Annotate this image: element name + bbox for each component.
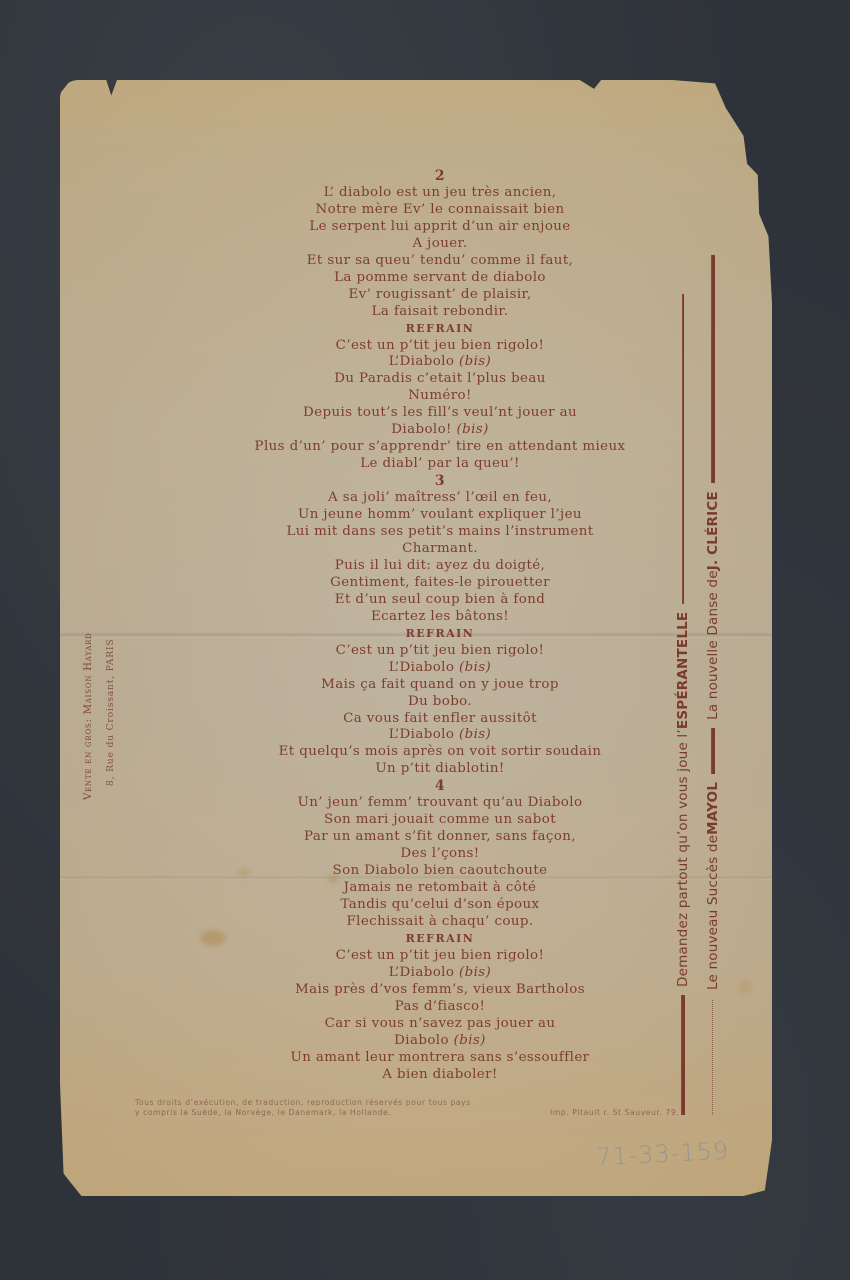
publisher-name: Vente en gros: Maison Hayard [78,550,100,800]
refrain-line: Le diabl’ par la queu’! [230,456,650,473]
aged-paper-sheet: 2 L’ diabolo est un jeu très ancien, Not… [60,80,772,1196]
refrain-text: L’Diabolo [389,727,455,742]
refrain-line: Car si vous n’savez pas jouer au [230,1016,650,1033]
verse-number: 3 [230,473,650,490]
verse-line: Le serpent lui apprit d’un air enjoue [230,219,650,236]
bis-mark: (bis) [459,727,491,742]
refrain-text: L’Diabolo [389,965,455,980]
refrain-line: Un amant leur montrera sans s’essouffler [230,1050,650,1067]
advert-text: Demandez partout qu’on vous joue l’ [675,729,691,987]
rights-footer: Tous droits d’exécution, de traduction, … [135,1098,755,1118]
lyrics-column: 2 L’ diabolo est un jeu très ancien, Not… [230,168,650,1083]
refrain-heading: REFRAIN [230,931,650,948]
refrain-line: Plus d’un’ pour s’apprendr’ tire en atte… [230,439,650,456]
refrain-heading: REFRAIN [230,321,650,338]
bis-mark: (bis) [459,354,491,369]
refrain-line: L’Diabolo (bis) [230,727,650,744]
advert-text: Le nouveau Succès de [705,835,721,990]
verse-line: La faisait rebondir. [230,304,650,321]
bis-mark: (bis) [459,965,491,980]
refrain-line: Et quelqu’s mois après on voit sortir so… [230,744,650,761]
refrain-line: C’est un p’tit jeu bien rigolo! [230,643,650,660]
verse-line: Notre mère Ev’ le connaissait bien [230,202,650,219]
verse-line: A sa joli’ maîtress’ l’œil en feu, [230,490,650,507]
verse-line: Son mari jouait comme un sabot [230,812,650,829]
catalog-number-pencil: 71-33-159 [595,1137,730,1172]
refrain-text: Diabolo! [391,422,452,437]
stain-mark [200,930,226,946]
advert-title-esperantelle: ESPÉRANTELLE [675,612,691,729]
verse-line: Ecartez les bâtons! [230,609,650,626]
verse-line: Son Diabolo bien caoutchoute [230,863,650,880]
refrain-line: L’Diabolo (bis) [230,660,650,677]
advert-row-1: Demandez partout qu’on vous joue l’ESPÉR… [668,155,698,1115]
decorative-rule [681,995,685,1115]
refrain-line: Pas d’fiasco! [230,999,650,1016]
verse-line: A jouer. [230,236,650,253]
verse-line: Jamais ne retombait à côté [230,880,650,897]
verse-line: Puis il lui dit: ayez du doigté, [230,558,650,575]
refrain-line: Du bobo. [230,694,650,711]
advert-text: La nouvelle Danse de [705,570,721,720]
refrain-line: C’est un p’tit jeu bien rigolo! [230,338,650,355]
decorative-rule [711,728,715,774]
stain-mark [738,980,752,994]
verse-line: Gentiment, faites-le pirouetter [230,575,650,592]
rights-line-1: Tous droits d’exécution, de traduction, … [135,1098,755,1108]
refrain-line: Numéro! [230,388,650,405]
refrain-line: L’Diabolo (bis) [230,965,650,982]
verse-line: La pomme servant de diabolo [230,270,650,287]
verse-line: L’ diabolo est un jeu très ancien, [230,185,650,202]
refrain-heading: REFRAIN [230,626,650,643]
refrain-text: L’Diabolo [389,660,455,675]
verse-line: Et d’un seul coup bien à fond [230,592,650,609]
advert-row-2: Le nouveau Succès de MAYOL La nouvelle D… [698,155,728,1115]
verse-line: Un jeune homm’ voulant expliquer l’jeu [230,507,650,524]
bis-mark: (bis) [454,1033,486,1048]
refrain-line: Du Paradis c’etait l’plus beau [230,371,650,388]
verse-number: 4 [230,778,650,795]
bis-mark: (bis) [457,422,489,437]
verse-line: Un’ jeun’ femm’ trouvant qu’au Diabolo [230,795,650,812]
refrain-line: C’est un p’tit jeu bien rigolo! [230,948,650,965]
refrain-line: L’Diabolo (bis) [230,354,650,371]
refrain-line: Diabolo! (bis) [230,422,650,439]
refrain-line: Un p’tit diablotin! [230,761,650,778]
publisher-margin: Vente en gros: Maison Hayard 8, Rue du C… [78,550,138,800]
verse-line: Flechissait à chaqu’ coup. [230,914,650,931]
refrain-line: Ca vous fait enfler aussitôt [230,711,650,728]
refrain-line: Depuis tout’s les fill’s veul’nt jouer a… [230,405,650,422]
verse-line: Lui mit dans ses petit’s mains l’instrum… [230,524,650,541]
refrain-line: Diabolo (bis) [230,1033,650,1050]
verse-line: Des l’çons! [230,846,650,863]
refrain-line: Mais ça fait quand on y joue trop [230,677,650,694]
refrain-line: A bien diaboler! [230,1067,650,1084]
publisher-address: 8, Rue du Croissant, PARIS [100,550,122,800]
decorative-rule [682,294,684,604]
verse-line: Tandis qu’celui d’son époux [230,897,650,914]
refrain-text: Diabolo [394,1033,449,1048]
advert-composer-clerice: J. CLÉRICE [705,491,721,570]
advert-artist-mayol: MAYOL [705,782,721,835]
refrain-line: Mais près d’vos femm’s, vieux Bartholos [230,982,650,999]
refrain-text: L’Diabolo [389,354,455,369]
printer-credit: Imp. Pitault r. St Sauveur. 79. [550,1108,679,1118]
bis-mark: (bis) [459,660,491,675]
verse-line: Et sur sa queu’ tendu’ comme il faut, [230,253,650,270]
verse-line: Par un amant s’fit donner, sans façon, [230,829,650,846]
decorative-rule [711,255,715,483]
verse-line: Ev’ rougissant’ de plaisir, [230,287,650,304]
advert-margin: Demandez partout qu’on vous joue l’ESPÉR… [668,155,728,1115]
verse-line: Charmant. [230,541,650,558]
verse-number: 2 [230,168,650,185]
